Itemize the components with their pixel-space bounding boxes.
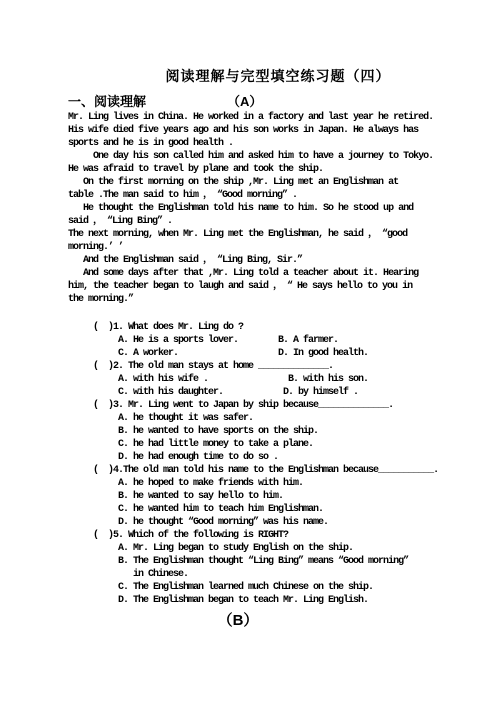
section-b-part-label: （B） <box>68 609 408 630</box>
text-line: His wife died five years ago and his son… <box>68 124 433 137</box>
question-list: ( )1. What does Mr. Ling do ? A. He is a… <box>68 321 438 607</box>
text-line: B. he wanted to have sports on the ship. <box>68 425 438 438</box>
text-line: ( )4.The old man told his name to the En… <box>68 464 438 477</box>
text-line: ( )2. The old man stays at home ________… <box>68 360 438 373</box>
text-line: ( )1. What does Mr. Ling do ? <box>68 321 438 334</box>
text-line: B. he wanted to say hello to him. <box>68 490 438 503</box>
text-line: C. with his daughter. D. by himself . <box>68 386 438 399</box>
section-a-part-label: （A） <box>227 91 262 110</box>
text-line: A. He is a sports lover. B. A farmer. <box>68 334 438 347</box>
text-line: D. The Englishman began to teach Mr. Lin… <box>68 594 438 607</box>
text-line: C. A worker. D. In good health. <box>68 347 438 360</box>
worksheet-page: 阅读理解与完型填空练习题（四） 一、阅读理解 （A） Mr. Ling live… <box>0 0 496 702</box>
text-line: One day his son called him and asked him… <box>68 150 433 163</box>
text-line: And the Englishman said ， “Ling Bing, Si… <box>68 254 433 267</box>
text-line: Mr. Ling lives in China. He worked in a … <box>68 111 433 124</box>
text-line: C. he had little money to take a plane. <box>68 438 438 451</box>
text-line: The next morning, when Mr. Ling met the … <box>68 228 433 241</box>
text-line: ( )3. Mr. Ling went to Japan by ship bec… <box>68 399 438 412</box>
text-line: He thought the Englishman told his name … <box>68 202 433 215</box>
text-line: said ， “Ling Bing” . <box>68 215 433 228</box>
text-line: D. he had enough time to do so . <box>68 451 438 464</box>
text-line: A. he thought it was safer. <box>68 412 438 425</box>
text-line: sports and he is in good health . <box>68 137 433 150</box>
text-line: in Chinese. <box>68 568 438 581</box>
text-line: the morning.” <box>68 293 433 306</box>
text-line: morning.’ ’ <box>68 241 433 254</box>
text-line: him, the teacher began to laugh and said… <box>68 280 433 293</box>
text-line: And some days after that ,Mr. Ling told … <box>68 267 433 280</box>
text-line: He was afraid to travel by plane and too… <box>68 163 433 176</box>
text-line: A. with his wife . B. with his son. <box>68 373 438 386</box>
text-line: On the first morning on the ship ,Mr. Li… <box>68 176 433 189</box>
text-line: C. he wanted him to teach him Englishman… <box>68 503 438 516</box>
text-line: A. he hoped to make friends with him. <box>68 477 438 490</box>
text-line: D. he thought “Good morning” was his nam… <box>68 516 438 529</box>
text-line: ( )5. Which of the following is RIGHT? <box>68 529 438 542</box>
text-line: table .The man said to him ， “Good morni… <box>68 189 433 202</box>
text-line: C. The Englishman learned much Chinese o… <box>68 581 438 594</box>
text-line: A. Mr. Ling began to study English on th… <box>68 542 438 555</box>
text-line: B. The Englishman thought “Ling Bing” me… <box>68 555 438 568</box>
section-reading-heading: 一、阅读理解 <box>68 91 146 110</box>
reading-passage: Mr. Ling lives in China. He worked in a … <box>68 111 433 306</box>
document-title: 阅读理解与完型填空练习题（四） <box>60 66 496 86</box>
